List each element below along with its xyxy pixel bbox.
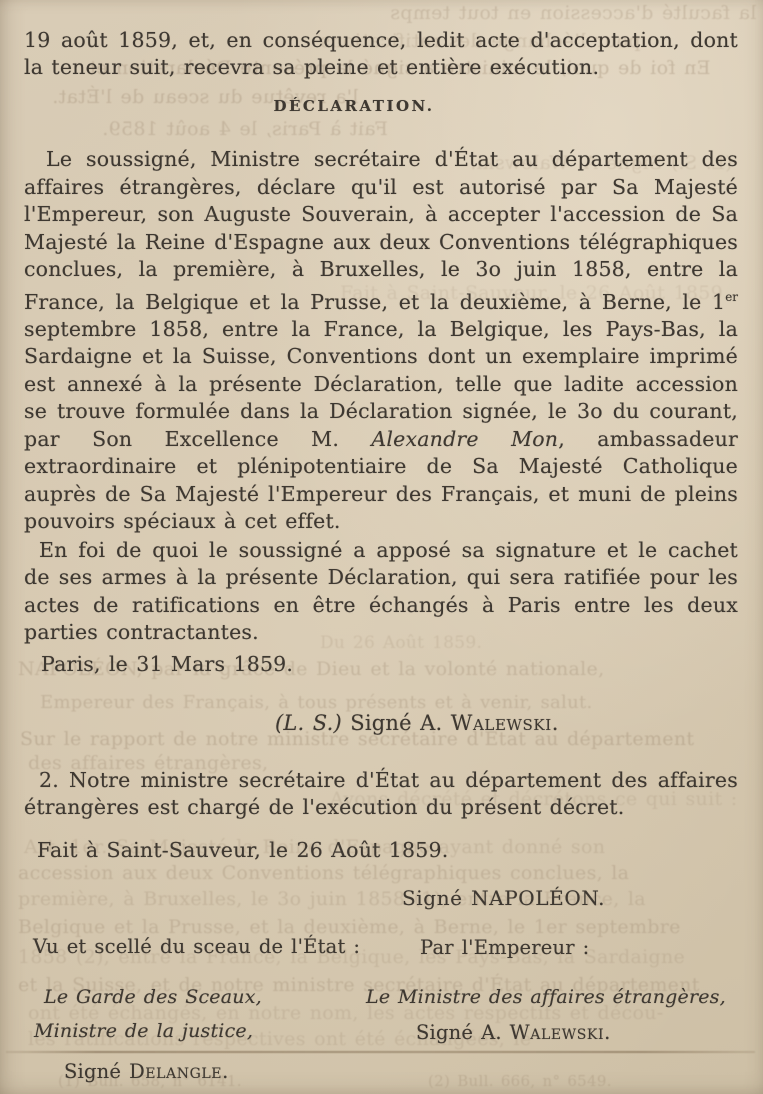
declaration-body: Le soussigné, Ministre secrétaire d'État…: [24, 146, 738, 913]
countersign-left-note: Vu et scellé du sceau de l'État :: [33, 933, 360, 961]
declaration-para-1: Le soussigné, Ministre secrétaire d'État…: [24, 146, 738, 536]
section-heading: DÉCLARATION.: [24, 97, 684, 115]
page-scan: la faculté d'accession en tout tempspour…: [0, 0, 763, 1094]
decree-place-date: Fait à Saint-Sauveur, le 26 Août 1859.: [24, 837, 738, 865]
countersign-right-title: Le Ministre des affaires étrangères,: [366, 984, 726, 1012]
decree-article-2: 2. Notre ministre secrétaire d'État au d…: [24, 767, 738, 822]
declaration-dateline: Paris, le 31 Mars 1859.: [24, 651, 738, 679]
continuation-text: 19 août 1859, et, en conséquence, ledit …: [24, 27, 738, 82]
separator-rule: [6, 1051, 755, 1053]
countersign-right-note: Par l'Empereur :: [420, 934, 589, 962]
declaration-para-2: En foi de quoi le soussigné a apposé sa …: [24, 537, 738, 647]
countersign-left-title-2: Ministre de la justice,: [34, 1018, 253, 1046]
countersign-left-title-1: Le Garde des Sceaux,: [44, 984, 262, 1012]
bleedthrough-line: Fait à Paris, le 4 août 1859.: [102, 118, 388, 140]
delangle-signature: Signé Delangle.: [64, 1058, 229, 1086]
napoleon-signature: Signé NAPOLÉON.: [24, 885, 738, 913]
countersign-right-signature: Signé A. Walewski.: [416, 1019, 611, 1047]
bleedthrough-line: la faculté d'accession en tout temps: [390, 2, 756, 24]
bleedthrough-line: (2) Bull. 666, n° 6549.: [428, 1070, 612, 1092]
declaration-seal-signature: (L. S.) Signé A. Walewski.: [24, 710, 738, 738]
